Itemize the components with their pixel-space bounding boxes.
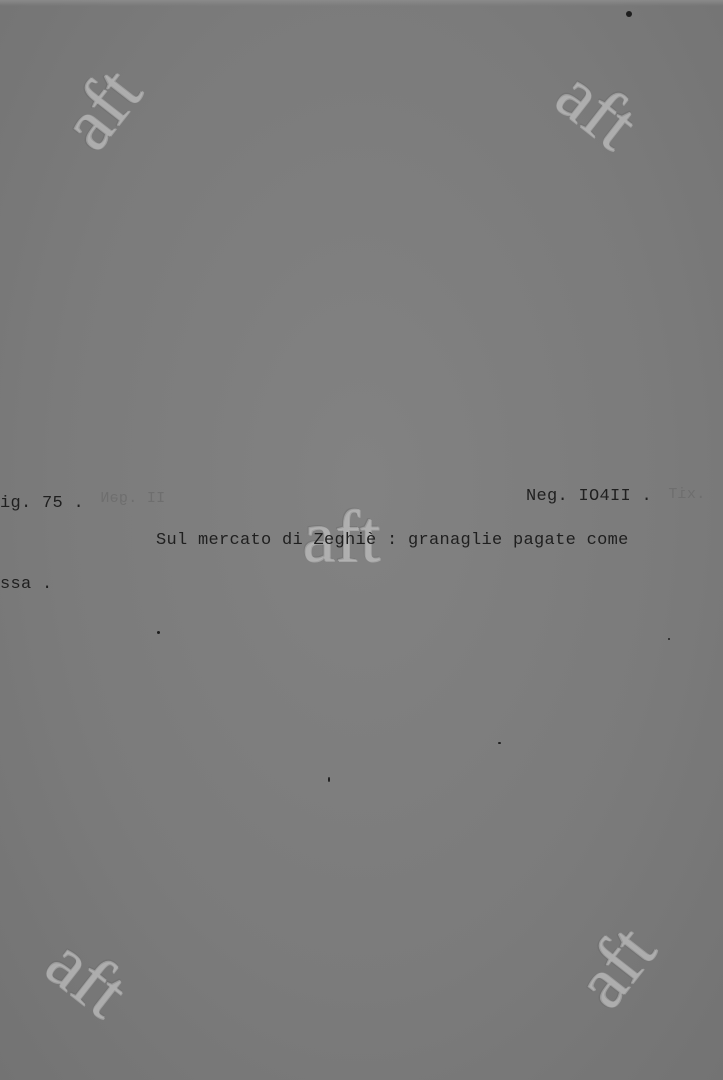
dust-speck xyxy=(626,11,632,17)
bleed-through-text: II .gəN xyxy=(100,490,165,507)
dust-speck xyxy=(157,631,160,634)
dust-speck xyxy=(498,742,501,744)
bleed-through-text: .xiT xyxy=(668,486,705,503)
dust-speck xyxy=(328,777,330,782)
watermark-bottom-left: aft xyxy=(33,924,140,1030)
figure-number: ig. 75 . xyxy=(0,494,84,513)
dust-speck xyxy=(668,638,670,640)
caption-line-2: ssa . xyxy=(0,575,53,594)
scan-top-edge xyxy=(0,0,723,6)
watermark-bottom-right: aft xyxy=(562,913,668,1020)
watermark-top-right: aft xyxy=(543,56,650,162)
watermark-top-left: aft xyxy=(48,55,154,162)
caption-line-1: Sul mercato di Zeghiè : granaglie pagate… xyxy=(156,531,629,550)
negative-number: Neg. IO4II . xyxy=(526,487,652,506)
